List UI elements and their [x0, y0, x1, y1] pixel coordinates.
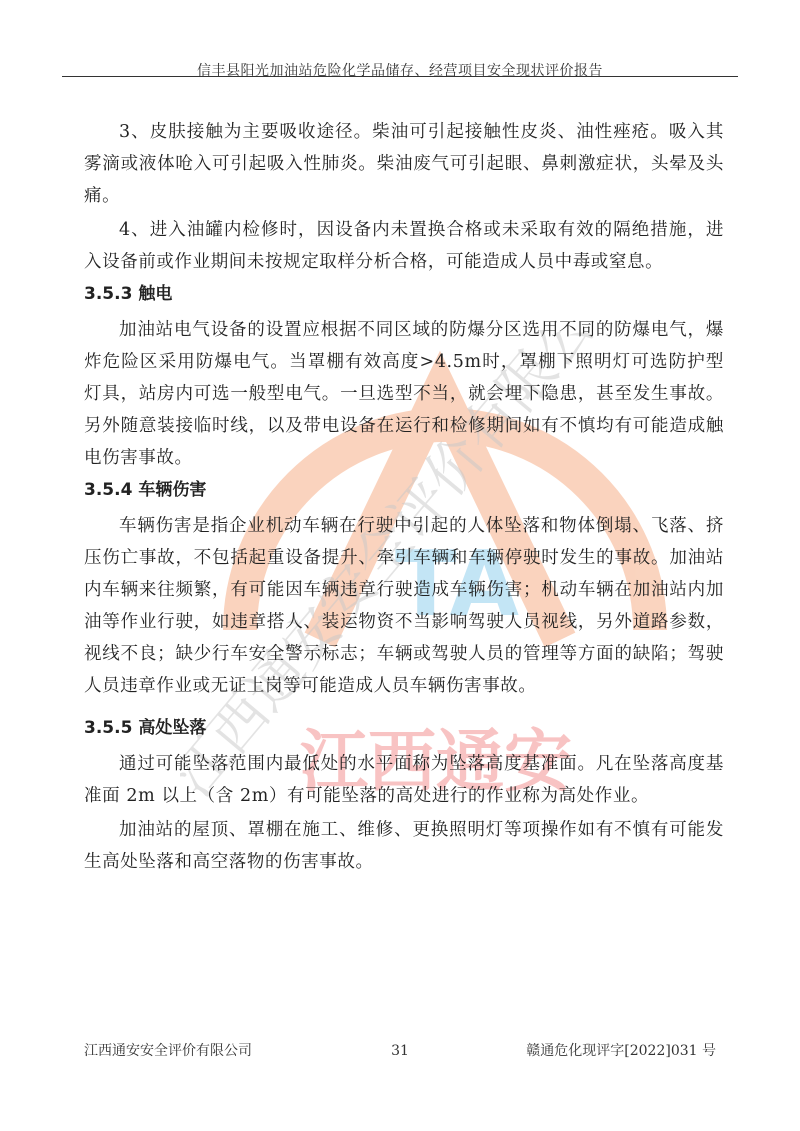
- footer-doc-number: 赣通危化现评字[2022]031 号: [526, 1040, 716, 1060]
- paragraph-electric-shock: 加油站电气设备的设置应根据不同区域的防爆分区选用不同的防爆电气，爆炸危险区采用防…: [84, 314, 724, 474]
- section-heading-electric-shock: 3.5.3 触电: [84, 280, 724, 308]
- paragraph-vehicle-injury: 车辆伤害是指企业机动车辆在行驶中引起的人体坠落和物体倒塌、飞落、挤压伤亡事故，不…: [84, 510, 724, 702]
- header-rule: [62, 76, 738, 77]
- paragraph-skin-contact: 3、皮肤接触为主要吸收途径。柴油可引起接触性皮炎、油性痤疮。吸入其雾滴或液体呛入…: [84, 116, 724, 212]
- running-header: 信丰县阳光加油站危险化学品储存、经营项目安全现状评价报告: [0, 60, 800, 80]
- section-heading-fall-from-height: 3.5.5 高处坠落: [84, 714, 724, 742]
- paragraph-tank-maintenance: 4、进入油罐内检修时，因设备内未置换合格或未采取有效的隔绝措施，进入设备前或作业…: [84, 214, 724, 278]
- section-heading-vehicle-injury: 3.5.4 车辆伤害: [84, 476, 724, 504]
- paragraph-fall-definition: 通过可能坠落范围内最低处的水平面称为坠落高度基准面。凡在坠落高度基准面 2m 以…: [84, 748, 724, 812]
- document-body: 3、皮肤接触为主要吸收途径。柴油可引起接触性皮炎、油性痤疮。吸入其雾滴或液体呛入…: [84, 116, 724, 880]
- paragraph-fall-risk: 加油站的屋顶、罩棚在施工、维修、更换照明灯等项操作如有不慎有可能发生高处坠落和高…: [84, 814, 724, 878]
